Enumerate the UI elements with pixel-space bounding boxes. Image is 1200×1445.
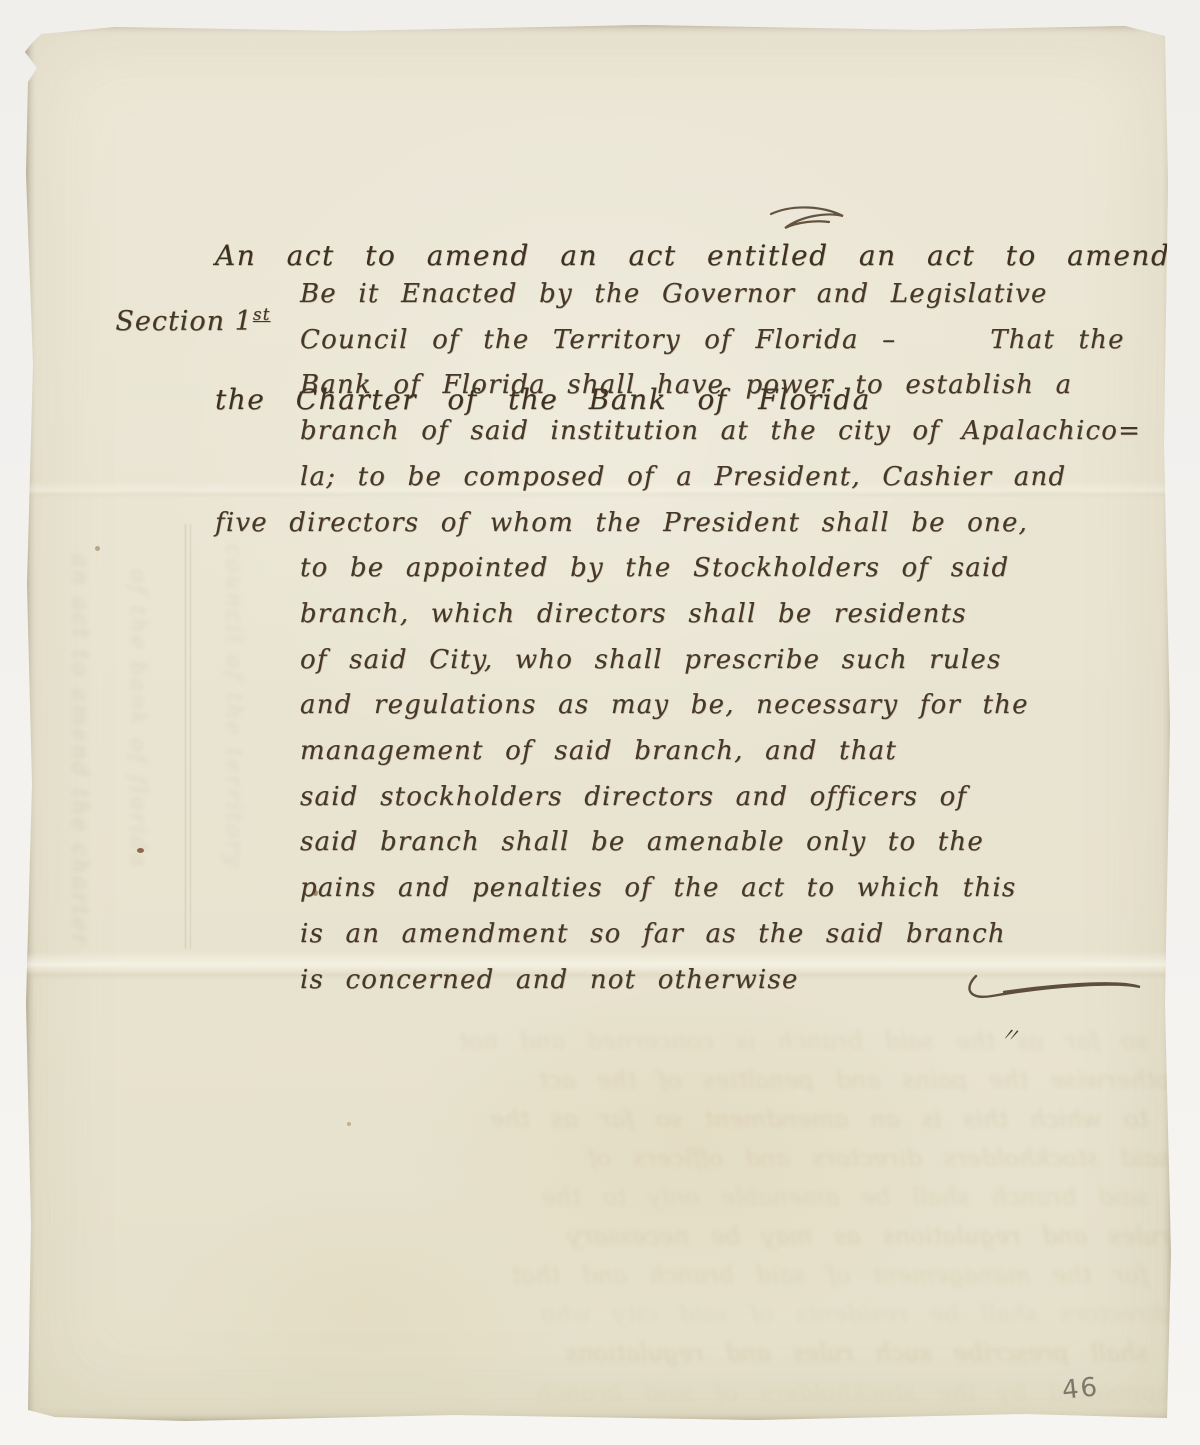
- bleedthrough-line: said stockholders directors and officers…: [325, 1139, 1170, 1178]
- manuscript-line: to be appointed by the Stockholders of s…: [300, 546, 1141, 592]
- manuscript-line: Bank of Florida shall have power to esta…: [300, 363, 1141, 409]
- ink-speck: [95, 546, 100, 551]
- bleedthrough-line: rules and regulations as may be necessar…: [325, 1217, 1170, 1256]
- ink-speck: [137, 848, 144, 853]
- bleedthrough-line: otherwise the pains and penalties of the…: [325, 1061, 1170, 1100]
- end-flourish-icon: [960, 972, 1150, 1010]
- bleedthrough-line: said branch shall be amenable only to th…: [325, 1178, 1148, 1217]
- manuscript-line: branch, which directors shall be residen…: [300, 592, 1141, 638]
- manuscript-line: la; to be composed of a President, Cashi…: [300, 455, 1141, 501]
- bleedthrough-line: appointed by the stockholders of said br…: [325, 1373, 1170, 1412]
- margin-bleedthrough-text: council of the territory: [221, 544, 246, 944]
- manuscript-line: Be it Enacted by the Governor and Legisl…: [300, 272, 1141, 318]
- ink-speck: [313, 890, 318, 896]
- manuscript-line: and regulations as may be, necessary for…: [300, 683, 1141, 729]
- manuscript-line: is an amendment so far as the said branc…: [300, 912, 1141, 958]
- bleedthrough-margin-rule: [185, 524, 191, 949]
- bleedthrough-line: for the management of said branch and th…: [325, 1256, 1148, 1295]
- page-number: 46: [1061, 1372, 1101, 1406]
- bleedthrough-line: to which this is an amendment so far as …: [325, 1100, 1148, 1139]
- margin-bleedthrough-text: of the bank of florida: [125, 569, 150, 949]
- scanned-document-page: { "page": { "background_color": "#f3f1ee…: [0, 0, 1200, 1445]
- manuscript-line: branch of said institution at the city o…: [300, 409, 1141, 455]
- manuscript-paper: an act to amend the charter of the bank …: [25, 24, 1172, 1422]
- margin-bleedthrough-text: an act to amend the charter: [67, 554, 92, 944]
- manuscript-line: pains and penalties of the act to which …: [300, 866, 1141, 912]
- section-label: Section 1: [115, 306, 253, 337]
- title-flourish-icon: [767, 202, 851, 236]
- manuscript-line: management of said branch, and that: [300, 729, 1141, 775]
- manuscript-line: five directors of whom the President sha…: [215, 501, 1141, 547]
- bleedthrough-line: shall prescribe such rules and regulatio…: [325, 1334, 1148, 1373]
- bleedthrough-line: so far as the said branch is concerned a…: [325, 1022, 1148, 1061]
- manuscript-line: Council of the Territory of Florida – Th…: [300, 318, 1141, 364]
- section-body: Be it Enacted by the Governor and Legisl…: [300, 272, 1141, 1003]
- manuscript-line: of said City, who shall prescribe such r…: [300, 638, 1141, 684]
- manuscript-line: said branch shall be amenable only to th…: [300, 820, 1141, 866]
- manuscript-line: said stockholders directors and officers…: [300, 775, 1141, 821]
- ink-speck: [347, 1122, 351, 1126]
- bleedthrough-block: so far as the said branch is concerned a…: [325, 1022, 1170, 1412]
- section-heading: Section 1st: [77, 274, 270, 368]
- bleedthrough-line: directors shall be residents of said cit…: [325, 1295, 1170, 1334]
- section-ordinal: st: [253, 305, 271, 325]
